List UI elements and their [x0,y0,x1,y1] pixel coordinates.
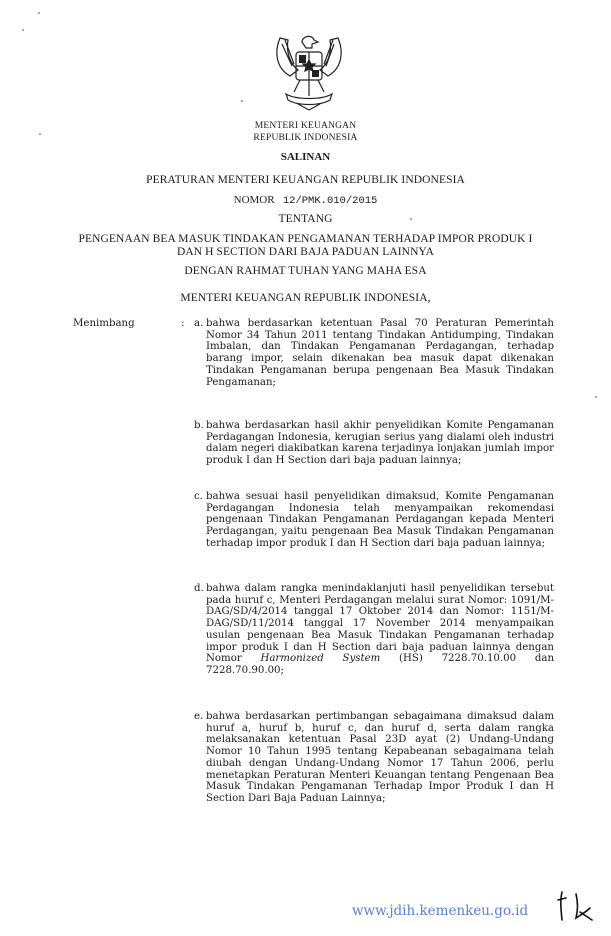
website-link[interactable]: www.jdih.kemenkeu.go.id [352,903,528,919]
garuda-emblem-icon [272,30,346,112]
item-letter-a: a. [194,318,203,330]
scan-speck [38,12,40,14]
item-d-italic: Harmonized System [260,653,380,664]
considering-label: Menimbang [73,318,135,330]
scan-speck [22,29,24,31]
scan-speck [241,100,243,102]
regulation-number: NOMOR 12/PMK.010/2015 [0,194,611,207]
item-letter-e: e. [194,711,203,723]
ministry-line-2: REPUBLIK INDONESIA [0,133,611,143]
about-label: TENTANG [0,213,611,225]
considering-colon: : [181,318,184,330]
scan-speck [410,218,412,220]
copy-mark: SALINAN [0,151,611,163]
regulation-title: PERATURAN MENTERI KEUANGAN REPUBLIK INDO… [0,174,611,186]
ministry-line-1: MENTERI KEUANGAN [0,121,611,131]
considering-item-c: bahwa sesuai hasil penyelidikan dimaksud… [206,491,554,550]
item-letter-d: d. [194,583,204,595]
scan-speck [39,133,41,135]
invocation: DENGAN RAHMAT TUHAN YANG MAHA ESA [0,265,611,277]
item-letter-b: b. [194,420,204,432]
issuer: MENTERI KEUANGAN REPUBLIK INDONESIA, [0,292,611,304]
initials-signature-icon [556,888,596,924]
subject-line-2: DAN H SECTION DARI BAJA PADUAN LAINNYA [0,246,611,258]
scan-speck [595,396,597,398]
number-value: 12/PMK.010/2015 [283,195,378,207]
considering-item-d: bahwa dalam rangka menindaklanjuti hasil… [206,583,554,677]
considering-item-b: bahwa berdasarkan hasil akhir penyelidik… [206,420,554,467]
number-label: NOMOR [234,194,275,206]
considering-item-e: bahwa berdasarkan pertimbangan sebagaima… [206,711,554,805]
item-letter-c: c. [194,491,203,503]
considering-item-a: bahwa berdasarkan ketentuan Pasal 70 Per… [206,318,554,388]
subject-line-1: PENGENAAN BEA MASUK TINDAKAN PENGAMANAN … [0,233,611,245]
